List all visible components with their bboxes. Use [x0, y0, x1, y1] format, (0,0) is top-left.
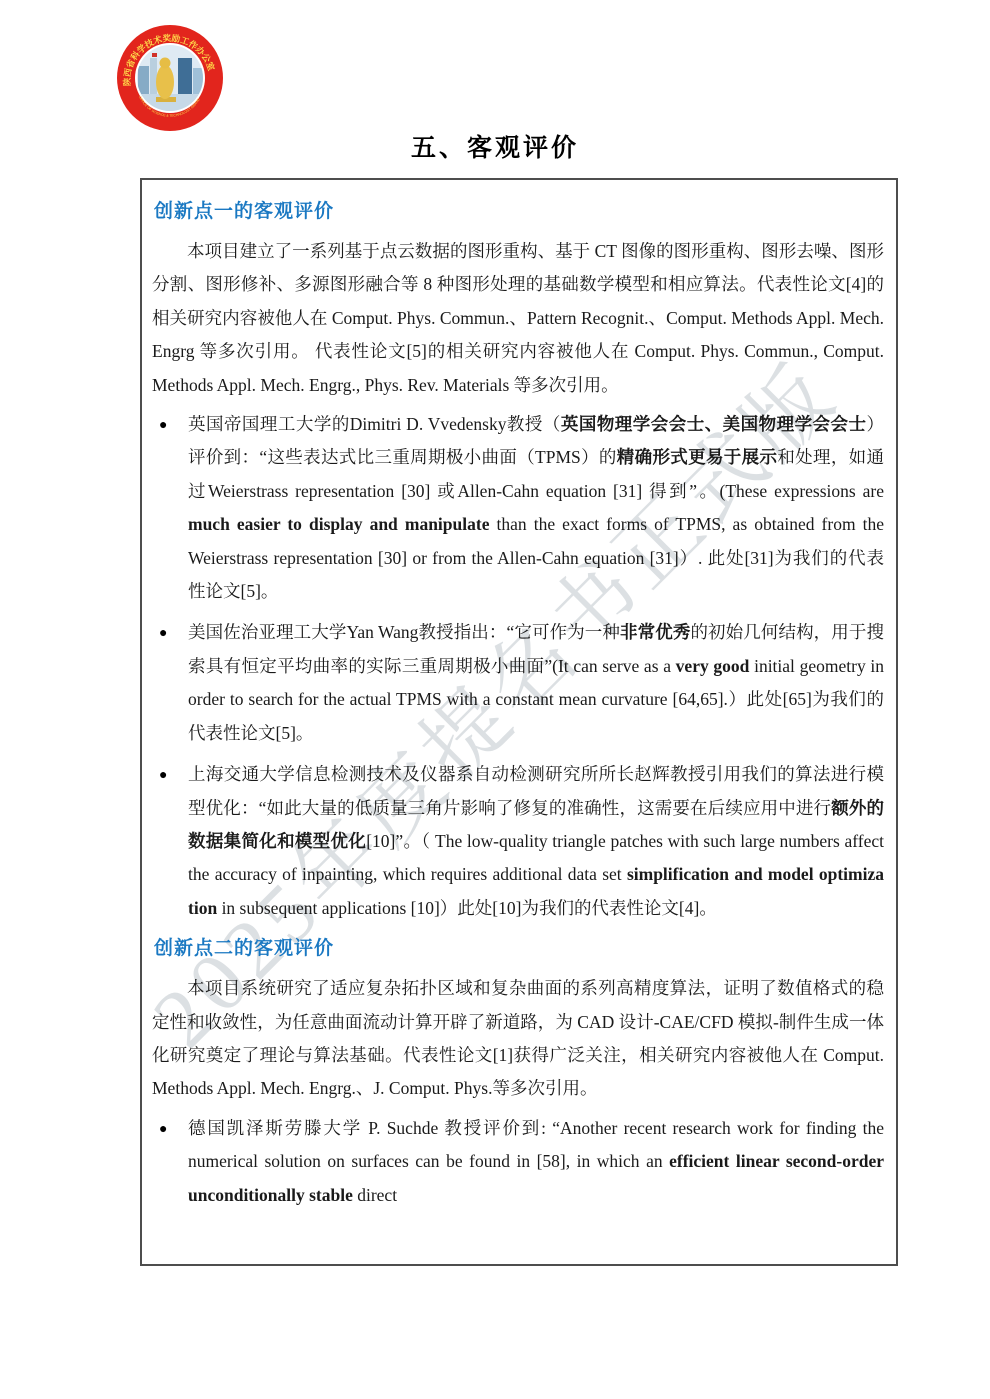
bullet-dot-icon: ● — [159, 759, 167, 792]
bullet-dot-icon: ● — [159, 1113, 167, 1146]
section2-bullet-list: ● 德国凯泽斯劳滕大学 P. Suchde 教授评价到: “Another re… — [152, 1112, 884, 1212]
document-page: 陕西省科学技术奖励工作办公室 OFFICE OF SCIENCE & TECHN… — [0, 0, 990, 1399]
page-title: 五、客观评价 — [0, 128, 990, 164]
section1-bullet-list: ● 英国帝国理工大学的Dimitri D. Vvedensky教授（英国物理学会… — [152, 408, 884, 925]
section1-intro-paragraph: 本项目建立了一系列基于点云数据的图形重构、基于 CT 图像的图形重构、图形去噪、… — [152, 235, 884, 402]
agency-seal-logo: 陕西省科学技术奖励工作办公室 OFFICE OF SCIENCE & TECHN… — [116, 24, 224, 132]
bullet-text: 德国凯泽斯劳滕大学 P. Suchde 教授评价到: “Another rece… — [188, 1118, 884, 1205]
bullet-text: 上海交通大学信息检测技术及仪器系自动检测研究所所长赵辉教授引用我们的算法进行模型… — [188, 764, 884, 918]
section1-heading: 创新点一的客观评价 — [154, 196, 884, 223]
bullet-item-yanwang: ● 美国佐治亚理工大学Yan Wang教授指出：“它可作为一种非常优秀的初始几何… — [152, 616, 884, 750]
section2-intro-paragraph: 本项目系统研究了适应复杂拓扑区域和复杂曲面的系列高精度算法，证明了数值格式的稳定… — [152, 972, 884, 1106]
bullet-text: 美国佐治亚理工大学Yan Wang教授指出：“它可作为一种非常优秀的初始几何结构… — [188, 622, 884, 742]
bullet-item-vvedensky: ● 英国帝国理工大学的Dimitri D. Vvedensky教授（英国物理学会… — [152, 408, 884, 608]
bullet-item-zhaohui: ● 上海交通大学信息检测技术及仪器系自动检测研究所所长赵辉教授引用我们的算法进行… — [152, 758, 884, 925]
bullet-item-suchde: ● 德国凯泽斯劳滕大学 P. Suchde 教授评价到: “Another re… — [152, 1112, 884, 1212]
bullet-dot-icon: ● — [159, 617, 167, 650]
bullet-dot-icon: ● — [159, 409, 167, 442]
bullet-text: 英国帝国理工大学的Dimitri D. Vvedensky教授（英国物理学会会士… — [188, 414, 884, 601]
seal-graphic: 陕西省科学技术奖励工作办公室 OFFICE OF SCIENCE & TECHN… — [116, 24, 224, 132]
evaluation-box: 创新点一的客观评价 本项目建立了一系列基于点云数据的图形重构、基于 CT 图像的… — [140, 178, 898, 1266]
section2-heading: 创新点二的客观评价 — [154, 933, 884, 960]
